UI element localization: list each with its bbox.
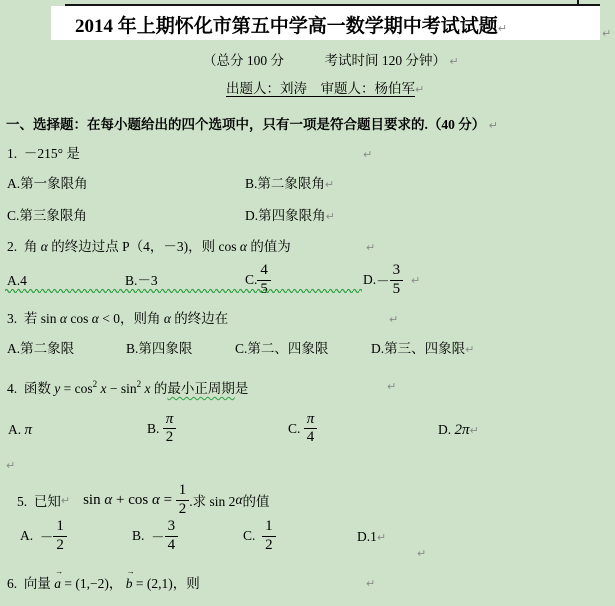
q4-option-b: B. π2 (147, 411, 176, 446)
question-4-stem: 4. 函数 y = cos2 x − sin2 x 的最小正周期是 (7, 379, 248, 397)
vector-a: →a (54, 576, 61, 592)
math-text: = (160, 492, 176, 508)
alpha-symbol: α (152, 492, 160, 508)
math-operator: − sin (106, 381, 136, 396)
q4-stem-wavy-text: 最小正周期 (167, 381, 235, 396)
fraction-numerator: 1 (176, 482, 190, 500)
exam-document-page: { "colors": { "page_background": "#cde2c… (0, 0, 615, 606)
math-text: = (2,1)，则 (132, 576, 199, 591)
vector-b: →b (126, 576, 133, 592)
paragraph-mark-icon: ↵ (415, 83, 424, 96)
pi-symbol: π (25, 422, 33, 438)
fraction-denominator: 2 (262, 537, 276, 554)
paragraph-mark-icon: ↵ (363, 149, 372, 160)
question-5-stem: 5. 已知↵sin α + cos α = 12.求 sin 2α的值 (17, 484, 270, 516)
page-corner-mark (577, 0, 579, 6)
q3-option-a: A.第二象限 (7, 341, 74, 357)
fraction: 12 (176, 482, 190, 518)
section-heading-text: 一、选择题：在每小题给出的四个选项中，只有一项是符合题目要求的.（40 分） (6, 117, 485, 132)
q5-stem-text: .求 sin 2 (189, 490, 235, 510)
question-3-stem: 3. 若 sin α cos α < 0，则角 α 的终边在 (7, 311, 228, 327)
alpha-symbol: α (164, 311, 171, 326)
q5-stem-text: 5. 已知 (17, 490, 61, 510)
fraction-numerator: 3 (165, 518, 179, 536)
question-1-stem: 1. －215° 是 (7, 146, 80, 162)
q2-option-c-label: C. (245, 272, 257, 288)
q5-option-d: D.1↵ (357, 529, 386, 545)
q5-formula: sin α + cos α = (83, 492, 176, 509)
minus-sign: － (151, 526, 165, 546)
math-text: = (1,−2)， (61, 576, 126, 591)
q5-option-b-label: B. (132, 528, 151, 544)
q1-option-b-text: B.第二象限角 (245, 176, 325, 191)
fraction: 12 (262, 518, 276, 554)
paragraph-mark-icon: ↵ (489, 119, 498, 132)
paragraph-mark-icon: ↵ (470, 424, 479, 437)
q3-option-b: B.第四象限 (126, 341, 192, 357)
fraction-denominator: 4 (304, 429, 318, 446)
paragraph-mark-icon: ↵ (6, 460, 15, 471)
vector-arrow-icon: → (55, 568, 63, 576)
q4-option-c: C. π4 (288, 411, 317, 446)
paragraph-mark-icon: ↵ (377, 531, 386, 544)
q4-option-a-label: A. (8, 422, 25, 437)
q4-stem-text: 的 (154, 381, 168, 396)
q1-option-b: B.第二象限角↵ (245, 176, 334, 192)
q5-option-c-label: C. (243, 528, 262, 544)
q5-option-b: B. －34 (132, 519, 178, 553)
paragraph-mark-icon: ↵ (498, 22, 507, 35)
q6-stem-text: 6. 向量 (7, 576, 54, 591)
math-operator: = cos (60, 381, 92, 396)
authors-text: 出题人：刘涛 审题人：杨伯军 (226, 81, 415, 96)
alpha-symbol: α (240, 239, 247, 254)
q3-option-c: C.第二、四象限 (235, 341, 328, 357)
q2-stem-text: 的值为 (247, 239, 291, 254)
paragraph-mark-icon: ↵ (449, 55, 458, 68)
paragraph-mark-icon: ↵ (61, 494, 70, 507)
fraction-numerator: π (304, 411, 318, 429)
exam-info-line: （总分 100 分 考试时间 120 分钟） ↵ (203, 53, 459, 69)
alpha-symbol: α (60, 311, 67, 326)
question-2-stem: 2. 角 α 的终边过点 P（4，－3)，则 cos α 的值为 (7, 239, 291, 255)
q5-option-d-text: D.1 (357, 529, 377, 544)
q3-stem-text: < 0，则角 (99, 311, 164, 326)
q3-stem-text: cos (67, 311, 92, 326)
fraction: 34 (165, 518, 179, 554)
fraction-denominator: 5 (390, 281, 404, 298)
math-text: sin (83, 492, 104, 508)
fraction-denominator: 4 (165, 537, 179, 554)
q4-option-d-label: D. (438, 422, 455, 437)
title-box-top-border (65, 4, 600, 6)
q3-stem-text: 3. 若 sin (7, 311, 60, 326)
alpha-symbol: α (92, 311, 99, 326)
math-variable-a: a (54, 576, 61, 591)
paragraph-mark-icon: ↵ (465, 343, 474, 356)
paragraph-mark-icon: ↵ (417, 548, 426, 559)
section-heading: 一、选择题：在每小题给出的四个选项中，只有一项是符合题目要求的.（40 分） ↵ (6, 117, 498, 133)
q2-option-d-label: D. (363, 272, 376, 288)
math-variable-b: b (126, 576, 133, 591)
paragraph-mark-icon: ↵ (366, 242, 375, 253)
paragraph-mark-icon: ↵ (326, 210, 335, 223)
q1-option-a: A.第一象限角 (7, 176, 88, 192)
q4-stem-text: 是 (235, 381, 249, 396)
fraction: 12 (53, 518, 67, 554)
q2-stem-text: 的终边过点 P（4，－3)，则 cos (48, 239, 240, 254)
fraction: 35 (390, 262, 404, 298)
q1-option-d-text: D.第四象限角 (245, 208, 326, 223)
fraction-numerator: 4 (257, 262, 271, 280)
math-variable-x: x (141, 381, 154, 396)
q1-option-d: D.第四象限角↵ (245, 208, 335, 224)
q2-stem-text: 2. 角 (7, 239, 41, 254)
paragraph-mark-icon: ↵ (387, 381, 396, 392)
q5-option-a: A. －12 (20, 519, 67, 553)
fraction-denominator: 2 (163, 429, 177, 446)
q3-stem-text: 的终边在 (171, 311, 228, 326)
math-text: + cos (112, 492, 152, 508)
q4-stem-text: 4. 函数 (7, 381, 54, 396)
grammar-wavy-underline (5, 287, 362, 293)
paragraph-mark-icon: ↵ (602, 28, 611, 39)
fraction-numerator: π (163, 411, 177, 429)
q5-stem-text: 的值 (243, 490, 270, 510)
paragraph-mark-icon: ↵ (366, 578, 375, 589)
vector-arrow-icon: → (127, 568, 135, 576)
q4-option-c-label: C. (288, 421, 304, 437)
fraction-denominator: 2 (53, 537, 67, 554)
page-title: 2014 年上期怀化市第五中学高一数学期中考试试题↵ (75, 11, 507, 38)
alpha-symbol: α (235, 492, 242, 508)
q3-option-d-text: D.第三、四象限 (371, 341, 465, 356)
paragraph-mark-icon: ↵ (325, 178, 334, 191)
fraction: π4 (304, 411, 318, 447)
q4-option-b-label: B. (147, 421, 163, 437)
fraction-denominator: 2 (176, 501, 190, 518)
q4-option-d: D. 2π↵ (438, 421, 479, 439)
q5-option-c: C. 12 (243, 519, 276, 553)
fraction-numerator: 1 (262, 518, 276, 536)
fraction-numerator: 3 (390, 262, 404, 280)
page-title-text: 2014 年上期怀化市第五中学高一数学期中考试试题 (75, 16, 498, 37)
q4-option-a: A. π (8, 421, 32, 439)
exam-info-text: （总分 100 分 考试时间 120 分钟） (203, 53, 446, 68)
fraction-numerator: 1 (53, 518, 67, 536)
q5-option-a-label: A. (20, 528, 40, 544)
q1-option-c: C.第三象限角 (7, 208, 87, 224)
q2-option-d: D.－35 (363, 262, 403, 298)
minus-sign: － (376, 270, 390, 290)
question-6-stem: 6. 向量 →a = (1,−2)， →b = (2,1)，则 (7, 576, 200, 592)
minus-sign: － (40, 526, 54, 546)
authors-line: 出题人：刘涛 审题人：杨伯军↵ (226, 81, 424, 97)
q3-option-d: D.第三、四象限↵ (371, 341, 474, 357)
paragraph-mark-icon: ↵ (389, 314, 398, 325)
paragraph-mark-icon: ↵ (411, 275, 420, 286)
fraction: π2 (163, 411, 177, 447)
alpha-symbol: α (41, 239, 48, 254)
q4-option-d-value: 2π (455, 422, 470, 438)
